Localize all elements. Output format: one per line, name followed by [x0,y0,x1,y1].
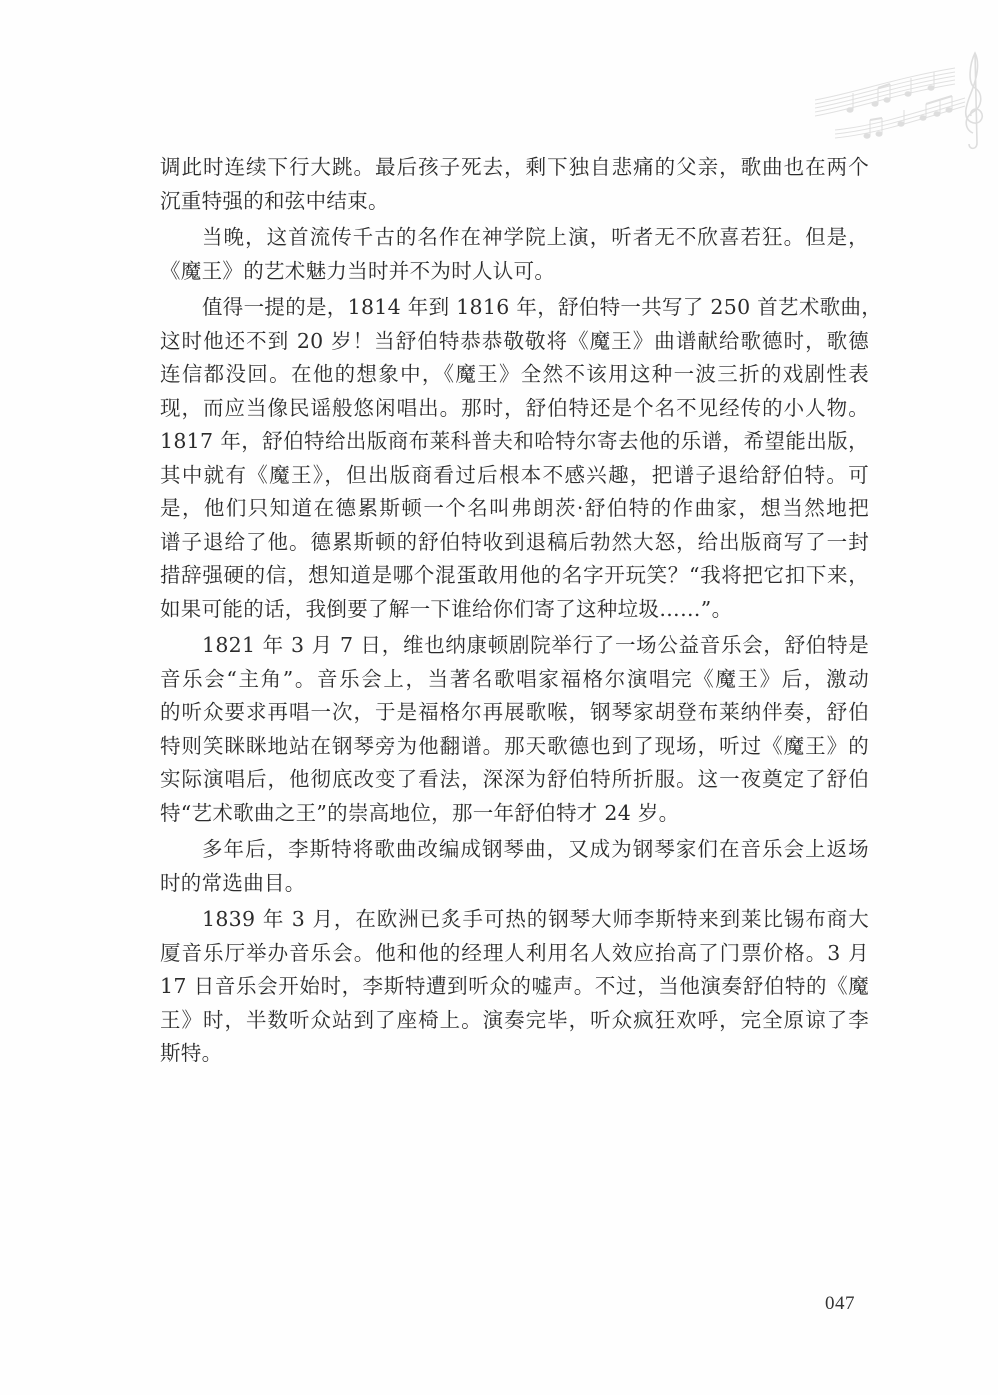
music-notes-decoration-icon [805,38,995,158]
text-line: 措辞强硬的信，想知道是哪个混蛋敢用他的名字开玩笑？“我将把它扣下来， [160,559,869,593]
page-number: 047 [825,1293,855,1315]
text-line: 值得一提的是，1814 年到 1816 年，舒伯特一共写了 250 首艺术歌曲， [160,291,869,325]
text-line: 谱子退给了他。德累斯顿的舒伯特收到退稿后勃然大怒，给出版商写了一封 [160,526,869,560]
text-line: 沉重特强的和弦中结束。 [160,185,869,219]
text-line: 是，他们只知道在德累斯顿一个名叫弗朗茨·舒伯特的作曲家，想当然地把 [160,492,869,526]
text-line: 1821 年 3 月 7 日，维也纳康顿剧院举行了一场公益音乐会，舒伯特是 [160,629,869,663]
text-line: 连信都没回。在他的想象中，《魔王》全然不该用这种一波三折的戏剧性表 [160,358,869,392]
text-line: 如果可能的话，我倒要了解一下谁给你们寄了这种垃圾……”。 [160,593,869,627]
paragraph: 1839 年 3 月，在欧洲已炙手可热的钢琴大师李斯特来到莱比锡布商大 厦音乐厅… [160,903,869,1071]
text-line: 的听众要求再唱一次，于是福格尔再展歌喉，钢琴家胡登布莱纳伴奏，舒伯 [160,696,869,730]
text-line: 其中就有《魔王》，但出版商看过后根本不感兴趣，把谱子退给舒伯特。可 [160,459,869,493]
text-line: 《魔王》的艺术魅力当时并不为时人认可。 [160,255,869,289]
book-page: 调此时连续下行大跳。最后孩子死去，剩下独自悲痛的父亲，歌曲也在两个 沉重特强的和… [0,0,998,1395]
paragraph: 多年后，李斯特将歌曲改编成钢琴曲，又成为钢琴家们在音乐会上返场 时的常选曲目。 [160,833,869,900]
text-line: 这时他还不到 20 岁！当舒伯特恭恭敬敬将《魔王》曲谱献给歌德时，歌德 [160,325,869,359]
text-line: 王》时，半数听众站到了座椅上。演奏完毕，听众疯狂欢呼，完全原谅了李 [160,1004,869,1038]
text-line: 特则笑眯眯地站在钢琴旁为他翻谱。那天歌德也到了现场，听过《魔王》的 [160,730,869,764]
text-line: 时的常选曲目。 [160,867,869,901]
text-line: 实际演唱后，他彻底改变了看法，深深为舒伯特所折服。这一夜奠定了舒伯 [160,763,869,797]
paragraph: 值得一提的是，1814 年到 1816 年，舒伯特一共写了 250 首艺术歌曲，… [160,291,869,626]
paragraph: 当晚，这首流传千古的名作在神学院上演，听者无不欣喜若狂。但是， 《魔王》的艺术魅… [160,221,869,288]
text-line: 现，而应当像民谣般悠闲唱出。那时，舒伯特还是个名不见经传的小人物。 [160,392,869,426]
text-line: 当晚，这首流传千古的名作在神学院上演，听者无不欣喜若狂。但是， [160,221,869,255]
text-line: 17 日音乐会开始时，李斯特遭到听众的嘘声。不过，当他演奏舒伯特的《魔 [160,970,869,1004]
text-line: 特“艺术歌曲之王”的崇高地位，那一年舒伯特才 24 岁。 [160,797,869,831]
body-text: 调此时连续下行大跳。最后孩子死去，剩下独自悲痛的父亲，歌曲也在两个 沉重特强的和… [160,151,869,1071]
text-line: 斯特。 [160,1037,869,1071]
text-line: 多年后，李斯特将歌曲改编成钢琴曲，又成为钢琴家们在音乐会上返场 [160,833,869,867]
text-line: 1839 年 3 月，在欧洲已炙手可热的钢琴大师李斯特来到莱比锡布商大 [160,903,869,937]
paragraph: 调此时连续下行大跳。最后孩子死去，剩下独自悲痛的父亲，歌曲也在两个 沉重特强的和… [160,151,869,218]
text-line: 音乐会“主角”。音乐会上，当著名歌唱家福格尔演唱完《魔王》后，激动 [160,663,869,697]
paragraph: 1821 年 3 月 7 日，维也纳康顿剧院举行了一场公益音乐会，舒伯特是 音乐… [160,629,869,830]
text-line: 厦音乐厅举办音乐会。他和他的经理人利用名人效应抬高了门票价格。3 月 [160,937,869,971]
text-line: 调此时连续下行大跳。最后孩子死去，剩下独自悲痛的父亲，歌曲也在两个 [160,151,869,185]
text-line: 1817 年，舒伯特给出版商布莱科普夫和哈特尔寄去他的乐谱，希望能出版， [160,425,869,459]
